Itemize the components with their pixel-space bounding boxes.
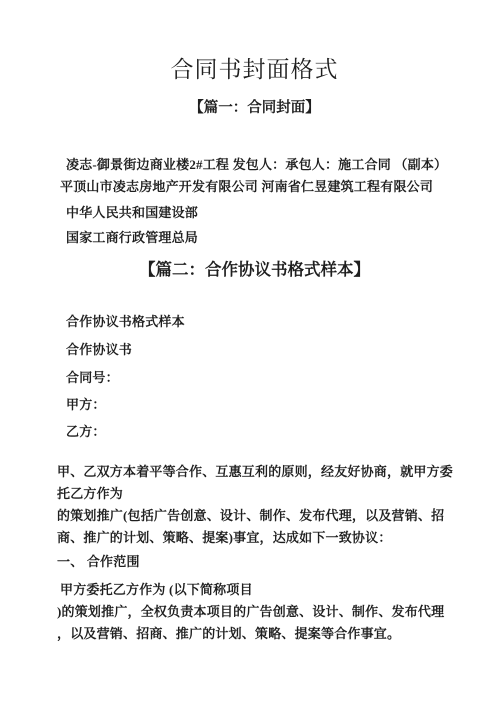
doc-line: 一、 合作范围 bbox=[57, 551, 452, 573]
doc-line: 甲方： bbox=[57, 394, 452, 416]
document-title: 合同书封面格式 bbox=[57, 50, 452, 90]
doc-line: 的策划推广(包括广告创意、设计、制作、发布代理，以及营销、招 bbox=[57, 505, 452, 527]
doc-line: 平顶山市凌志房地产开发有限公司 河南省仁昱建筑工程有限公司 bbox=[57, 176, 452, 198]
doc-line: 甲方委托乙方作为 (以下简称项目 bbox=[57, 579, 452, 601]
doc-line: 乙方： bbox=[57, 421, 452, 443]
doc-line: 托乙方作为 bbox=[57, 483, 452, 505]
doc-line: 合作协议书 bbox=[57, 339, 452, 361]
section-heading-1: 【篇一：合同封面】 bbox=[57, 98, 452, 118]
doc-line: 中华人民共和国建设部 bbox=[57, 202, 452, 224]
doc-line: 合同号： bbox=[57, 367, 452, 389]
doc-line: 国家工商行政管理总局 bbox=[57, 227, 452, 249]
section-heading-2: 【篇二：合作协议书格式样本】 bbox=[57, 257, 452, 283]
doc-line: )的策划推广，全权负责本项目的广告创意、设计、制作、发布代理 bbox=[57, 601, 452, 623]
doc-line: 合作协议书格式样本 bbox=[57, 311, 452, 333]
doc-line: 凌志-御景街边商业楼2#工程 发包人：承包人：施工合同 （副本） bbox=[57, 154, 452, 176]
document-page: 合同书封面格式 【篇一：合同封面】 凌志-御景街边商业楼2#工程 发包人：承包人… bbox=[0, 0, 500, 707]
doc-line: 甲、乙双方本着平等合作、互惠互利的原则，经友好协商，就甲方委 bbox=[57, 461, 452, 483]
doc-line: 商、推广的计划、策略、提案)事宜，达成如下一致协议： bbox=[57, 527, 452, 549]
doc-line: ，以及营销、招商、推广的计划、策略、提案等合作事宜。 bbox=[57, 623, 452, 645]
